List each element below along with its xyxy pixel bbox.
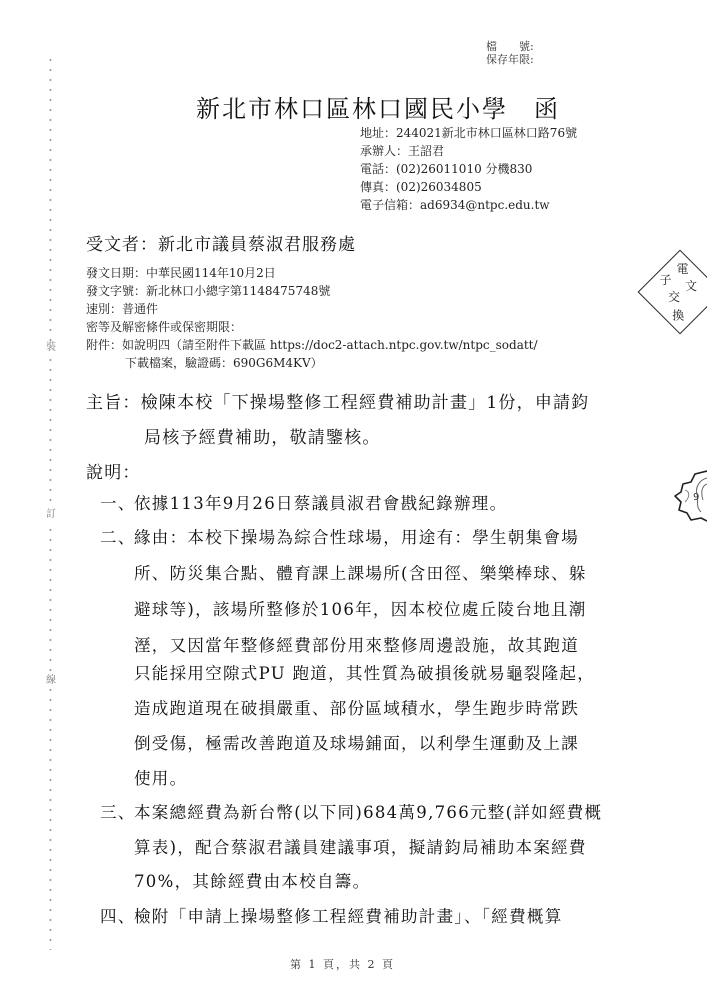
recipient: 受文者：新北市議員蔡淑君服務處 <box>86 230 356 255</box>
seal-char-3: 子 <box>660 271 672 288</box>
item-3-line-2: 算表)，配合蔡淑君議員建議事項，擬請鈞局補助本案經費 <box>134 834 587 858</box>
seal-char-4: 交 <box>668 288 680 305</box>
classification: 密等及解密條件或保密期限： <box>86 318 538 336</box>
seal-char-2: 文 <box>685 277 697 294</box>
handler: 承辦人：王詔君 <box>360 142 577 160</box>
file-number-label: 檔 號: <box>486 40 534 53</box>
document-title: 新北市林口區林口國民小學 函 <box>196 89 560 124</box>
email: 電子信箱：ad6934@ntpc.edu.tw <box>360 196 577 214</box>
item-4-marker: 四、 <box>100 903 136 927</box>
subject-line-2: 局核予經費補助，敬請鑒核。 <box>144 423 381 448</box>
archive-block: 檔 號: 保存年限: <box>486 40 534 66</box>
svg-text:9: 9 <box>693 492 699 503</box>
item-2-line-5: 只能採用空隙式PU 跑道，其性質為破損後就易龜裂隆起， <box>134 660 595 684</box>
item-2-line-6: 造成跑道現在破損嚴重、部份區域積水，學生跑步時常跌 <box>134 695 579 719</box>
attachment-line-1: 附件：如說明四（請至附件下載區 https://doc2-attach.ntpc… <box>86 336 538 354</box>
binding-label-ding: 訂 <box>44 509 58 521</box>
item-3-marker: 三、 <box>100 799 136 823</box>
item-1-marker: 一、 <box>100 490 136 514</box>
electronic-exchange-seal: 電 文 子 交 換 <box>638 250 707 335</box>
item-2-line-3: 避球等)，該場所整修於106年，因本校位處丘陵台地且潮 <box>134 596 587 620</box>
binding-label-zhuang: 裝 <box>44 342 58 354</box>
page-number: 第 1 頁，共 2 頁 <box>290 956 395 972</box>
item-4-line-1: 檢附「申請上操場整修工程經費補助計畫」、「經費概算 <box>134 903 563 927</box>
contact-block: 地址：244021新北市林口區林口路76號 承辦人：王詔君 電話：(02)260… <box>360 124 577 214</box>
item-2-marker: 二、 <box>100 524 136 548</box>
fax: 傳真：(02)26034805 <box>360 178 577 196</box>
retention-period-label: 保存年限: <box>486 53 534 66</box>
subject-line-1: 主旨：檢陳本校「下操場整修工程經費補助計畫」1份，申請鈞 <box>86 388 589 413</box>
seal-char-5: 換 <box>672 306 684 323</box>
item-2-line-7: 倒受傷，極需改善跑道及球場鋪面，以利學生運動及上課 <box>134 730 579 754</box>
document-number: 發文字號：新北林口小總字第1148475748號 <box>86 282 538 300</box>
address: 地址：244021新北市林口區林口路76號 <box>360 124 577 142</box>
item-2-line-1: 緣由：本校下操場為綜合性球場，用途有：學生朝集會場 <box>134 524 579 548</box>
seal-char-1: 電 <box>676 260 688 277</box>
item-1-line-1: 依據113年9月26日蔡議員淑君會戡紀錄辦理。 <box>134 490 507 514</box>
explanation-label: 說明： <box>86 458 141 483</box>
item-2-line-2: 所、防災集合點、體育課上課場所(含田徑、樂樂棒球、躲 <box>134 560 587 584</box>
binding-label-xian: 線 <box>44 675 58 687</box>
seal-gear-icon: 9 <box>655 468 707 524</box>
attachment-line-2: 下載檔案，驗證碼：690G6M4KV） <box>86 354 538 372</box>
item-2-line-4: 溼，又因當年整修經費部份用來整修周邊設施，故其跑道 <box>134 632 579 656</box>
item-3-line-1: 本案總經費為新台幣(以下同)684萬9,766元整(詳如經費概 <box>134 799 602 823</box>
item-3-line-3: 70%，其餘經費由本校自籌。 <box>134 868 370 892</box>
meta-block: 發文日期：中華民國114年10月2日 發文字號：新北林口小總字第11484757… <box>86 264 538 372</box>
phone: 電話：(02)26011010 分機830 <box>360 160 577 178</box>
issue-date: 發文日期：中華民國114年10月2日 <box>86 264 538 282</box>
item-2-line-8: 使用。 <box>134 765 187 789</box>
binding-line <box>49 55 52 950</box>
priority: 速別：普通件 <box>86 300 538 318</box>
